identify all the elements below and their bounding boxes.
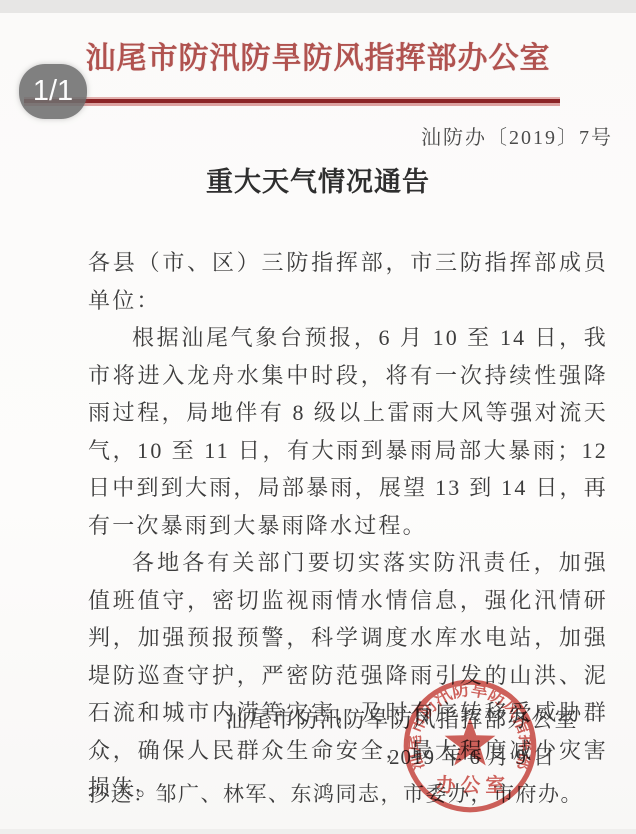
seal-star-icon [445,717,496,765]
letterhead-divider [24,97,560,107]
doc-title: 重大天气情况通告 [0,160,636,199]
letterhead-org-name: 汕尾市防汛防旱防风指挥部办公室 [0,33,636,77]
photo-bottom-edge [0,829,636,834]
salutation: 各县（市、区）三防指挥部，市三防指挥部成员单位： [88,244,608,319]
page-indicator-badge: 1/1 [19,64,87,119]
seal-bottom-text: 办公室 [436,773,510,796]
doc-number: 汕防办〔2019〕7号 [421,121,613,150]
official-seal: 汕尾市防汛防旱防风指挥部 办公室 [398,674,542,818]
body-paragraph: 根据汕尾气象台预报，6 月 10 至 14 日，我市将进入龙舟水集中时段，将有一… [88,319,608,544]
page-indicator-label: 1/1 [33,75,73,108]
photo-top-edge [0,0,636,13]
document-viewer: 汕尾市防汛防旱防风指挥部办公室 1/1 汕防办〔2019〕7号 重大天气情况通告… [0,0,636,834]
